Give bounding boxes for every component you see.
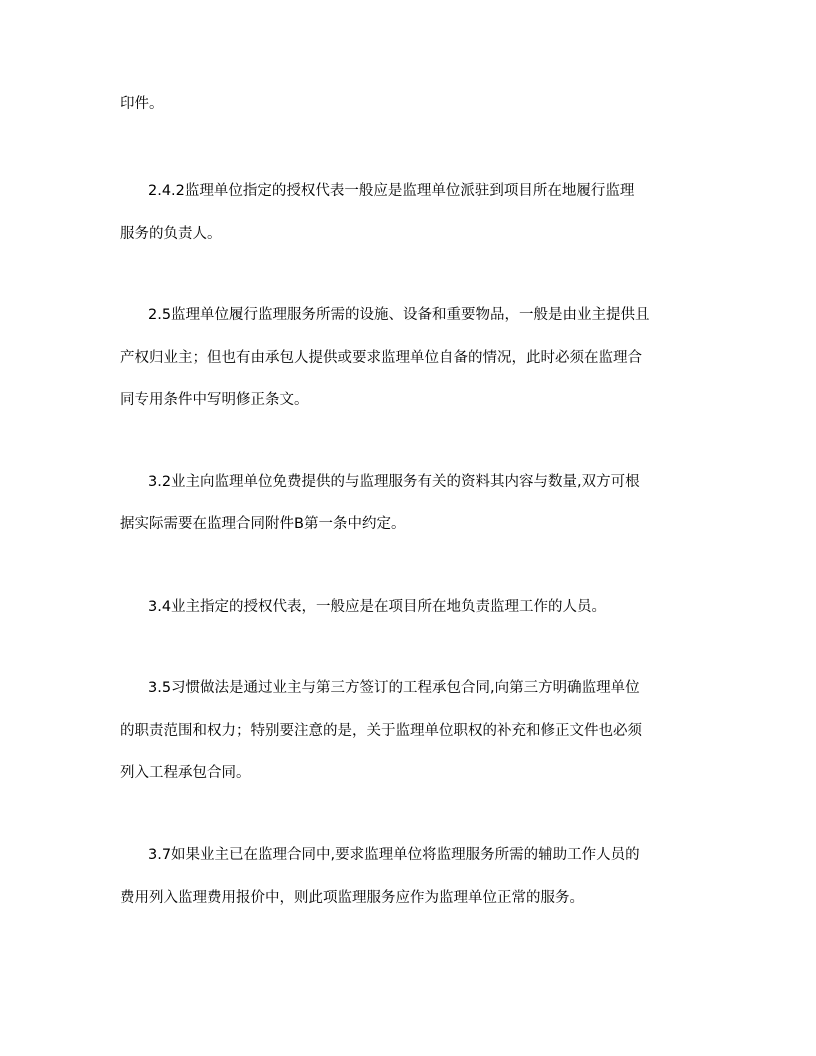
paragraph-line: 3.5习惯做法是通过业主与第三方签订的工程承包合同,向第三方明确监理单位 [148, 678, 728, 698]
paragraph-line: 2.4.2监理单位指定的授权代表一般应是监理单位派驻到项目所在地履行监理 [148, 181, 728, 201]
paragraph-line: 2.5监理单位履行监理服务所需的设施、设备和重要物品，一般是由业主提供且 [148, 305, 728, 325]
paragraph-line: 服务的负责人。 [120, 224, 700, 244]
paragraph-line: 的职责范围和权力；特别要注意的是，关于监理单位职权的补充和修正文件也必须 [120, 721, 700, 741]
paragraph-line: 3.4业主指定的授权代表，一般应是在项目所在地负责监理工作的人员。 [148, 597, 728, 617]
document-page: 印件。 2.4.2监理单位指定的授权代表一般应是监理单位派驻到项目所在地履行监理… [0, 0, 816, 1056]
paragraph-line: 3.2业主向监理单位免费提供的与监理服务有关的资料其内容与数量,双方可根 [148, 472, 728, 492]
paragraph-line: 印件。 [120, 94, 700, 114]
paragraph-line: 同专用条件中写明修正条文。 [120, 390, 700, 410]
paragraph-line: 费用列入监理费用报价中，则此项监理服务应作为监理单位正常的服务。 [120, 888, 700, 908]
paragraph-line: 列入工程承包合同。 [120, 763, 700, 783]
paragraph-line: 据实际需要在监理合同附件B第一条中约定。 [120, 514, 700, 534]
paragraph-line: 产权归业主；但也有由承包人提供或要求监理单位自备的情况，此时必须在监理合 [120, 348, 700, 368]
paragraph-line: 3.7如果业主已在监理合同中,要求监理单位将监理服务所需的辅助工作人员的 [148, 845, 728, 865]
